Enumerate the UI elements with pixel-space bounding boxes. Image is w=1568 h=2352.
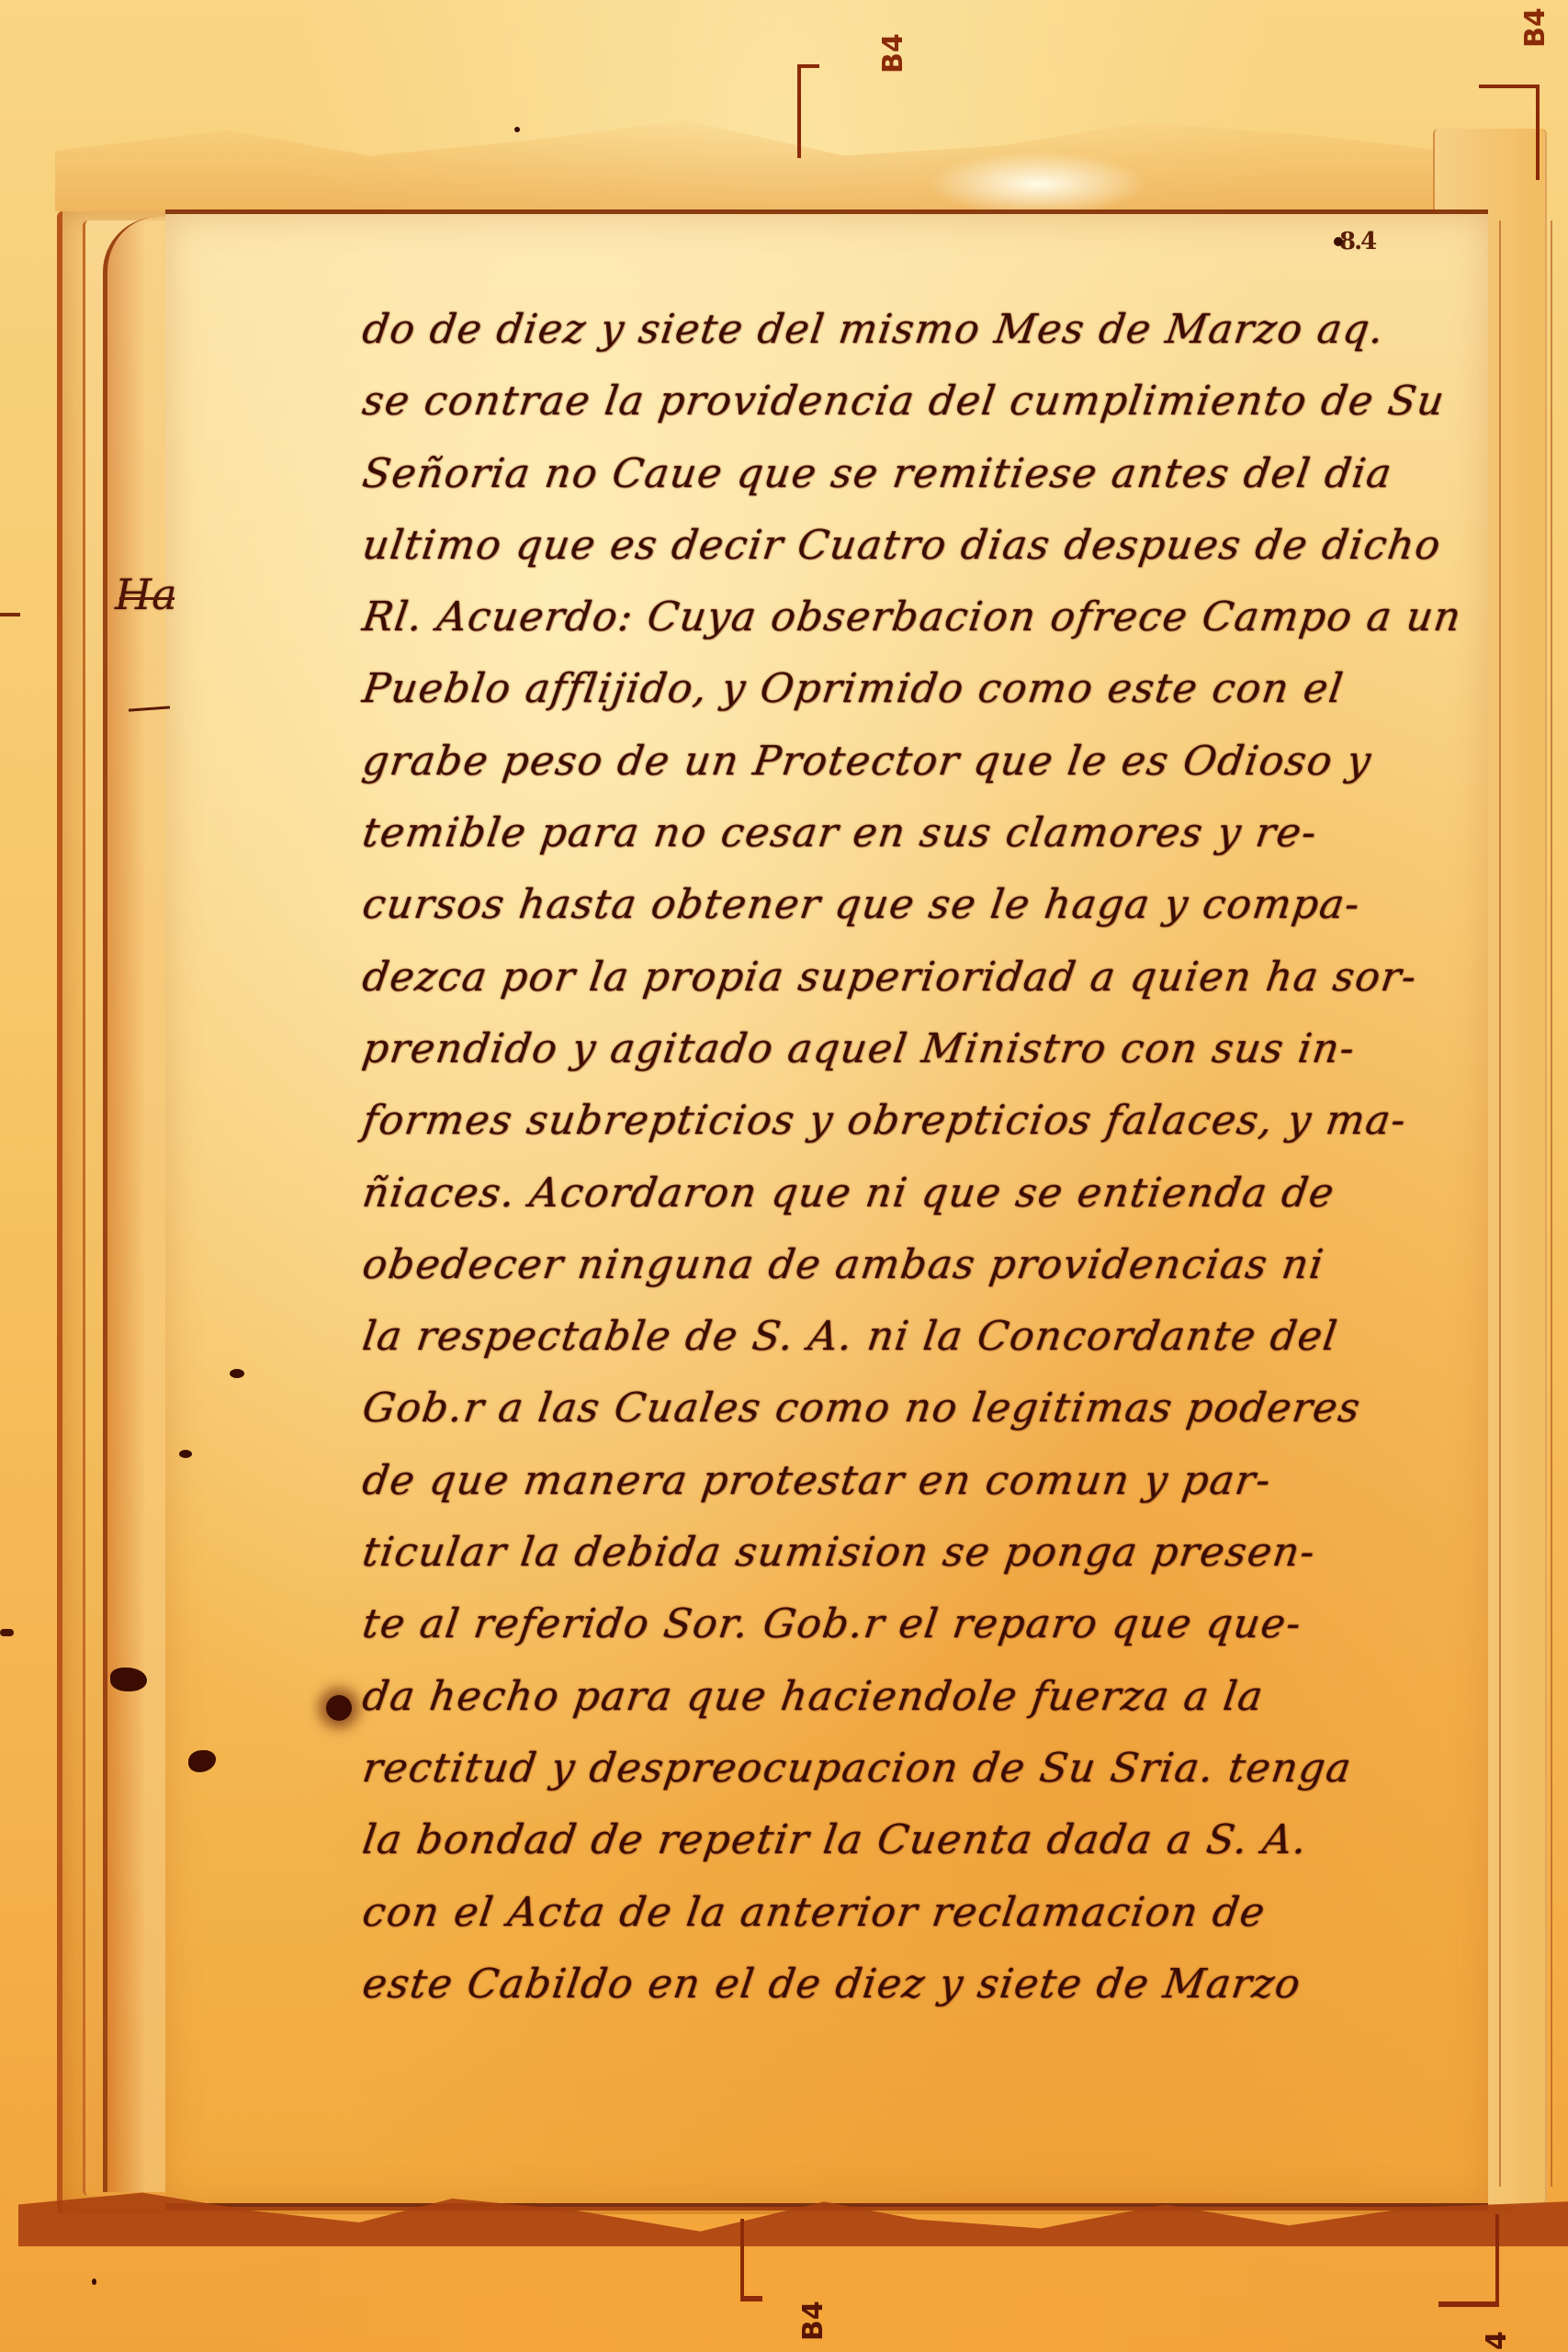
page-edge-line [1551, 220, 1552, 2187]
text-line: Gob.r a las Cuales como no legitimas pod… [357, 1373, 1506, 1444]
leaf-left-edge [103, 217, 172, 2192]
text-line: ultimo que es decir Cuatro dias despues … [357, 510, 1506, 582]
edge-tick [0, 1629, 14, 1636]
text-line: do de diez y siete del mismo Mes de Marz… [357, 294, 1506, 366]
ink-blot [326, 1695, 352, 1721]
text-line: prendido y agitado aquel Ministro con su… [357, 1013, 1506, 1085]
margin-annotation-stroke [119, 597, 175, 600]
crop-marker-label: B4 [877, 33, 909, 73]
margin-annotation: Ha [115, 570, 177, 619]
text-line: ticular la debida sumision se ponga pres… [357, 1517, 1506, 1589]
crop-marker-label: 4 [1481, 2331, 1513, 2350]
text-line: dezca por la propia superioridad a quien… [357, 942, 1506, 1013]
ink-blot [1334, 237, 1343, 246]
ink-blot [92, 2278, 96, 2285]
text-line: temible para no cesar en sus clamores y … [357, 797, 1506, 869]
crop-marker-label: B4 [797, 2301, 829, 2341]
text-line: te al referido Sor. Gob.r el reparo que … [357, 1589, 1506, 1660]
text-line: la bondad de repetir la Cuenta dada a S.… [357, 1804, 1506, 1876]
ink-blot [110, 1668, 147, 1691]
text-line: Pueblo afflijido, y Oprimido como este c… [357, 653, 1506, 725]
edge-tick [0, 613, 20, 616]
text-line: la respectable de S. A. ni la Concordant… [357, 1301, 1506, 1373]
folio-number: 8.4 [1339, 228, 1382, 259]
crop-marker-label: B4 [1519, 7, 1551, 48]
text-line: da hecho para que haciendole fuerza a la [357, 1661, 1506, 1733]
crop-marker-bracket [1479, 85, 1540, 180]
text-line: Señoria no Caue que se remitiese antes d… [357, 438, 1506, 510]
text-line: rectitud y despreocupacion de Su Sria. t… [357, 1733, 1506, 1804]
manuscript-text: do de diez y siete del mismo Mes de Marz… [363, 294, 1502, 2020]
text-line: Rl. Acuerdo: Cuya obserbacion ofrece Cam… [357, 582, 1506, 653]
text-line: este Cabildo en el de diez y siete de Ma… [357, 1949, 1506, 2020]
crop-marker-bracket [740, 2219, 762, 2301]
text-line: obedecer ninguna de ambas providencias n… [357, 1229, 1506, 1301]
crop-marker-bracket [797, 64, 819, 158]
text-line: con el Acta de la anterior reclamacion d… [357, 1877, 1506, 1949]
text-line: cursos hasta obtener que se le haga y co… [357, 869, 1506, 941]
text-line: formes subrepticios y obrepticios falace… [357, 1085, 1506, 1157]
text-line: grabe peso de un Protector que le es Odi… [357, 726, 1506, 797]
ink-blot [514, 127, 520, 132]
ink-blot [179, 1450, 192, 1458]
text-line: se contrae la providencia del cumplimien… [357, 366, 1506, 437]
light-glare [928, 152, 1148, 216]
ink-blot [230, 1369, 244, 1378]
crop-marker-bracket [1438, 2214, 1499, 2307]
text-line: de que manera protestar en comun y par- [357, 1445, 1506, 1517]
text-line: ñiaces. Acordaron que ni que se entienda… [357, 1158, 1506, 1229]
